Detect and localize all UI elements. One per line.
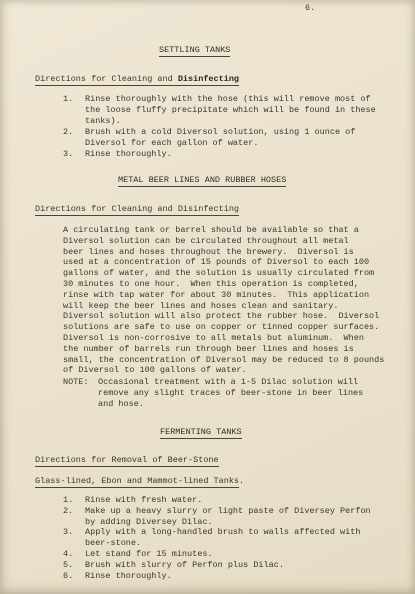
list-item: 3. Apply with a long-handled brush to wa…	[63, 527, 371, 549]
section-title-fermenting-tanks: FERMENTING TANKS	[160, 427, 242, 438]
list-item-number: 1.	[63, 495, 85, 506]
list-item-text: Rinse with fresh water.	[85, 495, 202, 506]
list-item: 1. Rinse with fresh water.	[63, 495, 371, 506]
heading-directions-removal-beer-stone: Directions for Removal of Beer-Stone	[35, 455, 219, 466]
heading-tank-types: Glass-lined, Ebon and Mammot-lined Tanks…	[35, 476, 244, 487]
heading-period: .	[239, 476, 244, 486]
list-item-number: 2.	[63, 506, 85, 517]
list-item-number: 6.	[63, 571, 85, 582]
heading-text: Glass-lined, Ebon and Mammot-lined Tanks	[35, 476, 239, 488]
list-item-text: Let stand for 15 minutes.	[85, 549, 213, 560]
settling-cleaning-list: 1. Rinse thoroughly with the hose (this …	[63, 94, 376, 159]
list-item: 5. Brush with slurry of Perfon plus Dila…	[63, 560, 371, 571]
list-item-number: 1.	[63, 94, 85, 105]
list-item-text: Apply with a long-handled brush to walls…	[85, 527, 360, 549]
list-item-text: Make up a heavy slurry or light paste of…	[85, 506, 371, 528]
section-title-metal-beer-lines: METAL BEER LINES AND RUBBER HOSES	[118, 175, 286, 186]
list-item-number: 3.	[63, 527, 85, 538]
heading-directions-cleaning-disinfecting-2: Directions for Cleaning and Disinfecting	[35, 204, 239, 215]
list-item-text: Rinse thoroughly with the hose (this wil…	[85, 94, 376, 127]
list-item: 3. Rinse thoroughly.	[63, 149, 376, 160]
list-item-text: Brush with a cold Diversol solution, usi…	[85, 127, 355, 149]
heading-directions-cleaning-disinfecting-1: Directions for Cleaning and Disinfecting	[35, 74, 239, 85]
list-item-number: 5.	[63, 560, 85, 571]
note-label: NOTE:	[63, 377, 98, 388]
section-title-settling-tanks: SETTLING TANKS	[159, 45, 230, 56]
metal-directions-paragraph: A circulating tank or barrel should be a…	[63, 225, 384, 376]
heading-text: Directions for Removal of Beer-Stone	[35, 455, 219, 467]
section-title-text: SETTLING TANKS	[159, 45, 230, 57]
page-number: 6.	[305, 3, 315, 14]
note-text: Occasional treatment with a 1-5 Dilac so…	[98, 377, 363, 410]
heading-text-bold: Disinfecting	[178, 74, 239, 84]
list-item: 4. Let stand for 15 minutes.	[63, 549, 371, 560]
list-item-number: 2.	[63, 127, 85, 138]
heading-text: Directions for Cleaning and	[35, 74, 178, 84]
note-block: NOTE: Occasional treatment with a 1-5 Di…	[63, 377, 363, 410]
list-item: 2. Make up a heavy slurry or light paste…	[63, 506, 371, 528]
section-title-text: METAL BEER LINES AND RUBBER HOSES	[118, 175, 286, 187]
list-item-number: 4.	[63, 549, 85, 560]
list-item-text: Rinse thoroughly.	[85, 571, 172, 582]
document-page: 6. SETTLING TANKS Directions for Cleanin…	[0, 0, 415, 594]
list-item-text: Rinse thoroughly.	[85, 149, 172, 160]
list-item: 2. Brush with a cold Diversol solution, …	[63, 127, 376, 149]
list-item-number: 3.	[63, 149, 85, 160]
list-item: 6. Rinse thoroughly.	[63, 571, 371, 582]
fermenting-removal-list: 1. Rinse with fresh water. 2. Make up a …	[63, 495, 371, 581]
section-title-text: FERMENTING TANKS	[160, 427, 242, 439]
heading-text: Directions for Cleaning and Disinfecting	[35, 204, 239, 216]
list-item-text: Brush with slurry of Perfon plus Dilac.	[85, 560, 284, 571]
list-item: 1. Rinse thoroughly with the hose (this …	[63, 94, 376, 127]
